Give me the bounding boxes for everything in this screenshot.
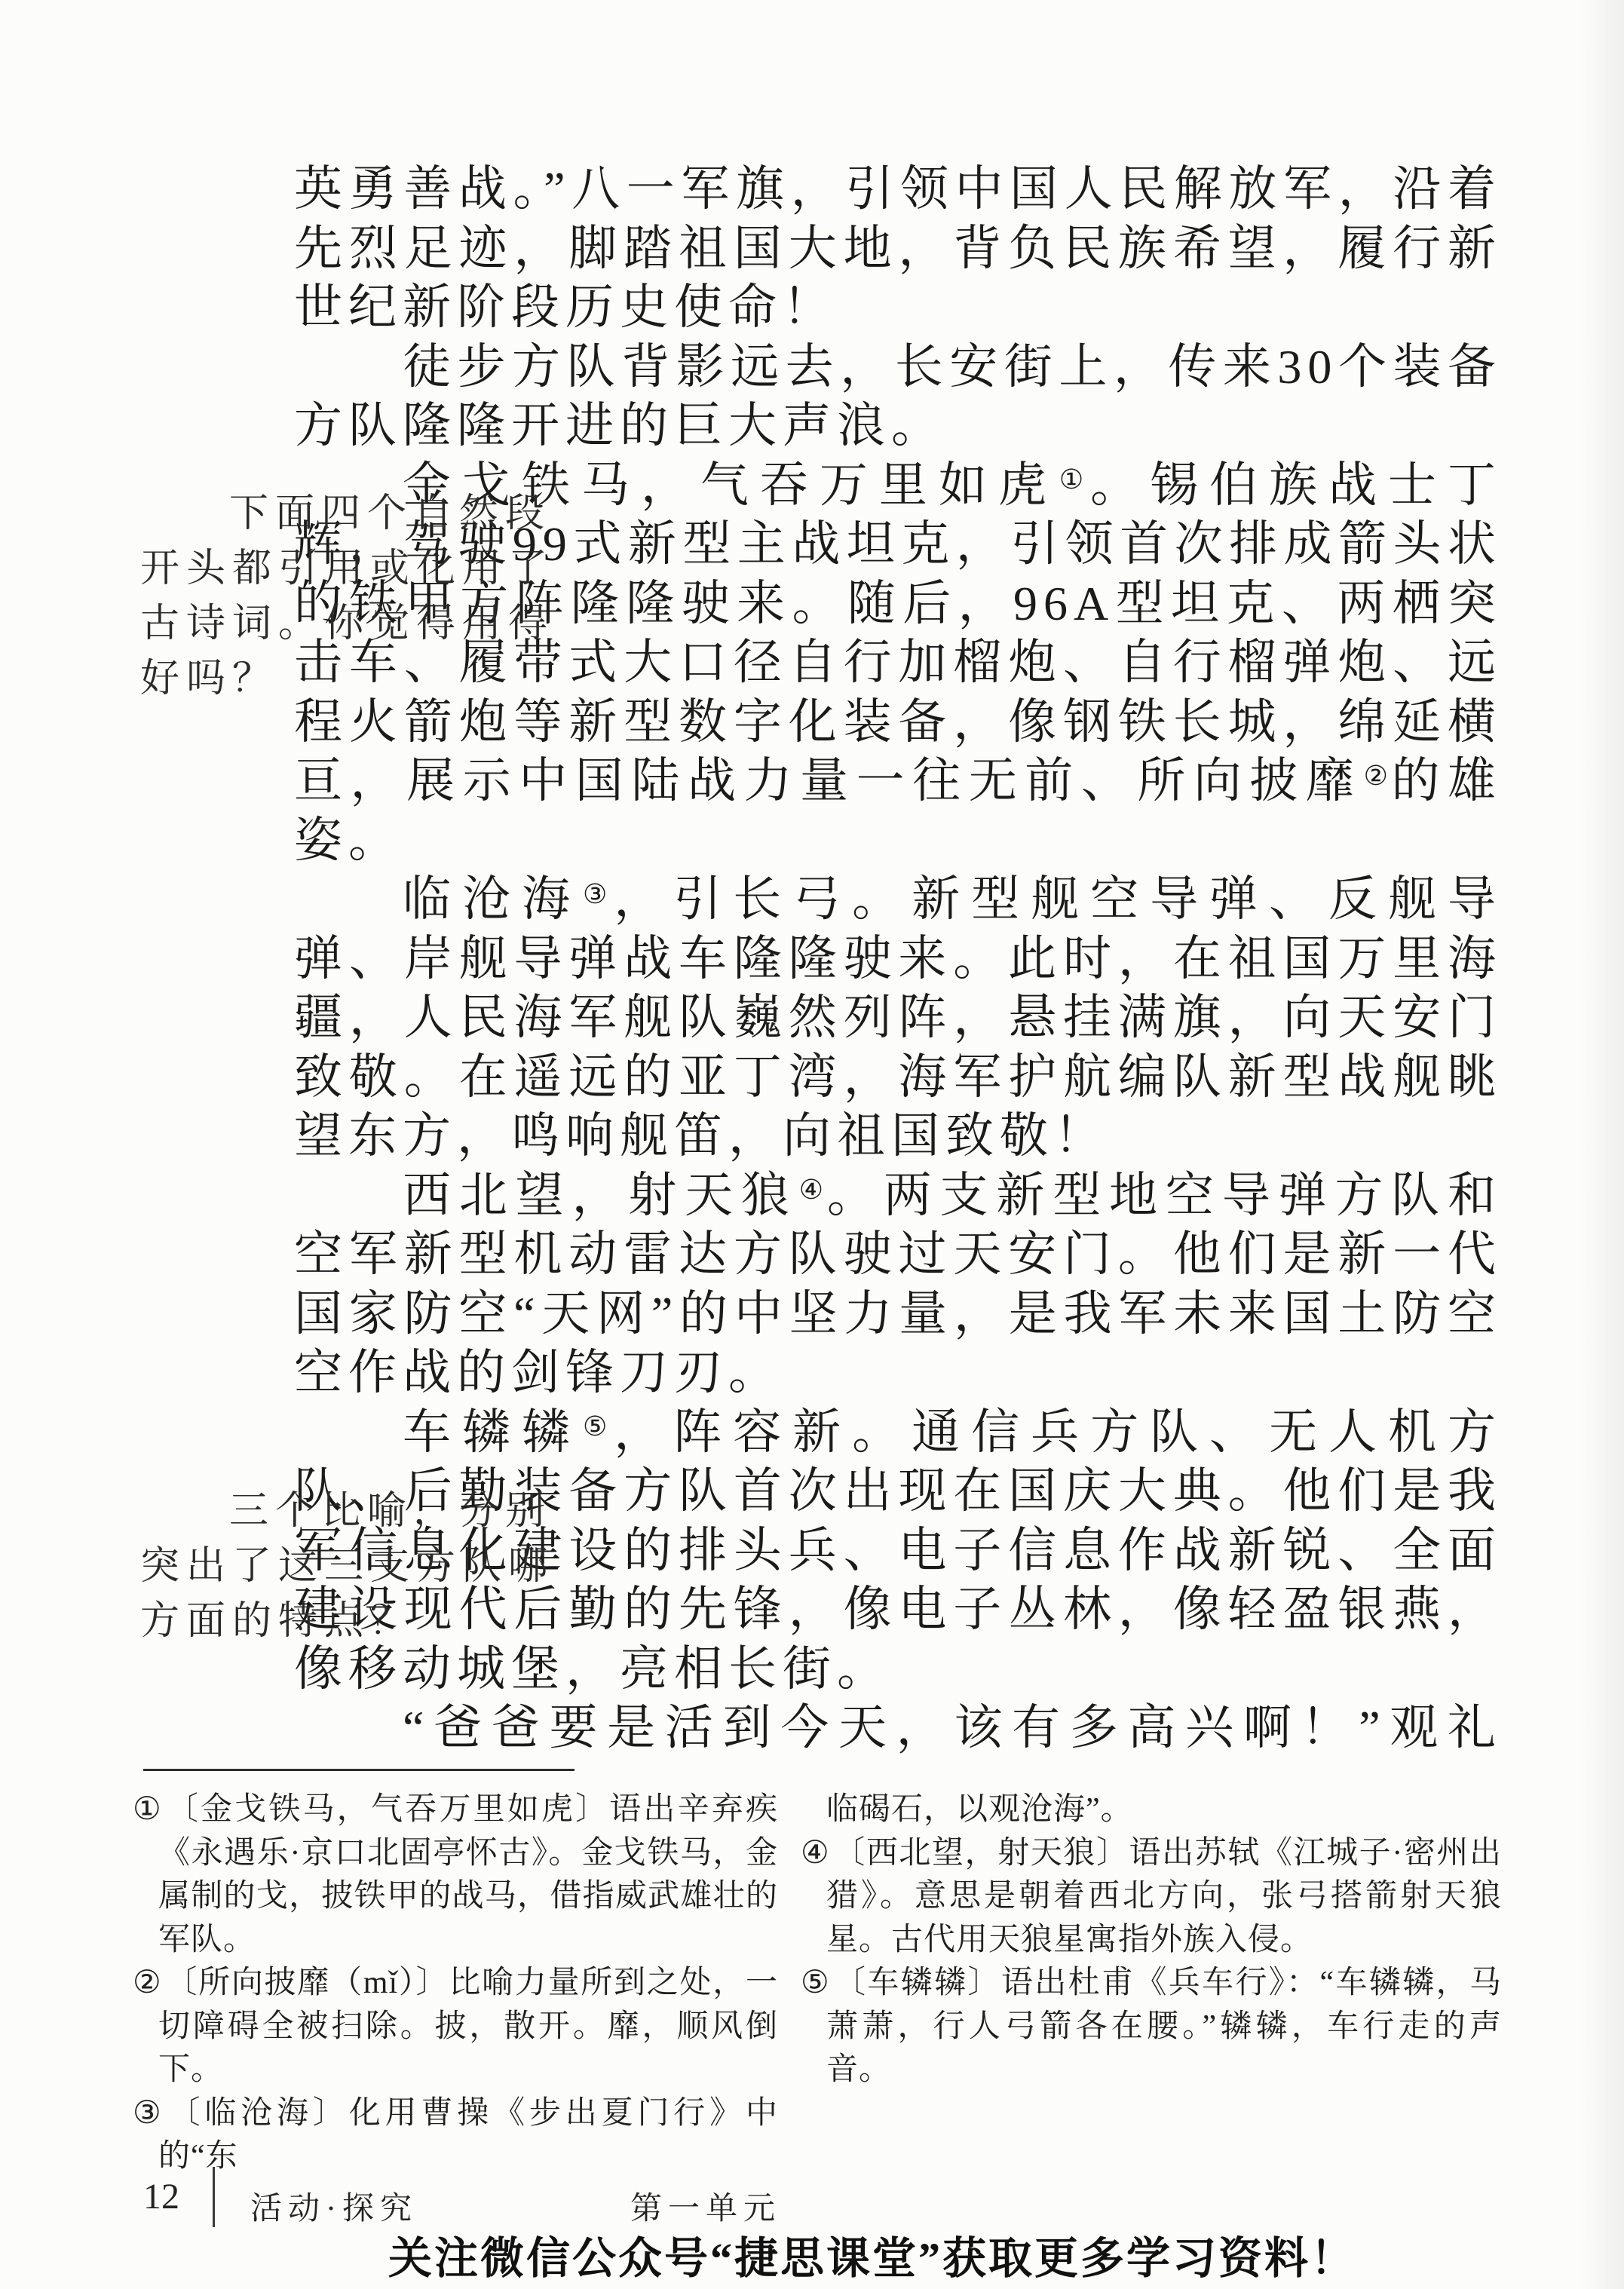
footnote-ref: ② (1364, 761, 1390, 791)
footnote-entry: ②〔所向披靡（mǐ）〕比喻力量所到之处，一切障碍全被扫除。披，散开。靡，顺风倒下… (133, 1962, 778, 2092)
footnote-entry: ⑤〔车辚辚〕语出杜甫《兵车行》：“车辚辚，马萧萧，行人弓箭各在腰。”辚辚，车行走… (801, 1962, 1502, 2092)
footnote-ref: ③ (583, 879, 612, 909)
page-number: 12 (143, 2176, 179, 2217)
footnote-marker: ④ (801, 1836, 830, 1871)
margin-note-line: 开头都引用或化用了 (140, 541, 578, 596)
margin-note: 下面四个自然段开头都引用或化用了古诗词。你觉得用得好吗？ (140, 486, 578, 706)
margin-note-line: 突出了这三支方队哪 (140, 1539, 578, 1594)
watermark-text: 关注微信公众号“捷思课堂”获取更多学习资料！ (60, 2223, 1624, 2286)
margin-note-line: 好吗？ (140, 651, 578, 706)
footnote-entry: ④〔西北望，射天狼〕语出苏轼《江城子·密州出猎》。意思是朝着西北方向，张弓搭箭射… (801, 1832, 1502, 1963)
footnote-marker: ② (133, 1966, 162, 2000)
footnotes-right-column: 临碣石，以观沧海”。④〔西北望，射天狼〕语出苏轼《江城子·密州出猎》。意思是朝着… (801, 1788, 1502, 2092)
paragraph: 徒步方队背影远去，长安街上，传来30个装备方队隆隆开进的巨大声浪。 (294, 338, 1502, 456)
footnotes-left-column: ①〔金戈铁马，气吞万里如虎〕语出辛弃疾《永遇乐·京口北固亭怀古》。金戈铁马，金属… (133, 1788, 778, 2179)
margin-note-line: 三个比喻，分别 (140, 1484, 578, 1539)
paragraph: 英勇善战。”八一军旗，引领中国人民解放军，沿着先烈足迹，脚踏祖国大地，背负民族希… (294, 160, 1502, 338)
footnote-ref: ④ (799, 1175, 826, 1205)
margin-note-line: 下面四个自然段 (140, 486, 578, 541)
footer-unit-label: 第一单元 (630, 2183, 781, 2229)
footnote-marker: ③ (133, 2096, 166, 2131)
margin-note: 三个比喻，分别突出了这三支方队哪方面的特点？ (140, 1484, 578, 1649)
margin-note-line: 方面的特点？ (140, 1594, 578, 1649)
footnote-entry: 临碣石，以观沧海”。 (801, 1788, 1502, 1832)
paragraph: “爸爸要是活到今天，该有多高兴啊！”观礼 (294, 1699, 1502, 1758)
page: { "main_text": { "paragraphs": [ { "inde… (0, 0, 1624, 2289)
footnote-marker: ⑤ (801, 1966, 831, 2000)
footnote-ref: ⑤ (583, 1411, 612, 1442)
footer-divider-bar (213, 2167, 215, 2227)
footnote-divider-line (143, 1769, 575, 1771)
footnote-marker: ① (133, 1792, 164, 1827)
page-edge-shadow (1579, 0, 1624, 2289)
footer-section-label: 活动·探究 (250, 2183, 418, 2229)
footnote-entry: ①〔金戈铁马，气吞万里如虎〕语出辛弃疾《永遇乐·京口北固亭怀古》。金戈铁马，金属… (133, 1788, 778, 1962)
paragraph: 西北望，射天狼④。两支新型地空导弹方队和空军新型机动雷达方队驶过天安门。他们是新… (294, 1166, 1502, 1403)
footnote-entry: ③〔临沧海〕化用曹操《步出夏门行》中的“东 (133, 2092, 778, 2179)
footnote-ref: ① (1059, 464, 1089, 495)
margin-note-line: 古诗词。你觉得用得 (140, 596, 578, 651)
paragraph: 临沧海③，引长弓。新型舰空导弹、反舰导弹、岸舰导弹战车隆隆驶来。此时，在祖国万里… (294, 870, 1502, 1166)
